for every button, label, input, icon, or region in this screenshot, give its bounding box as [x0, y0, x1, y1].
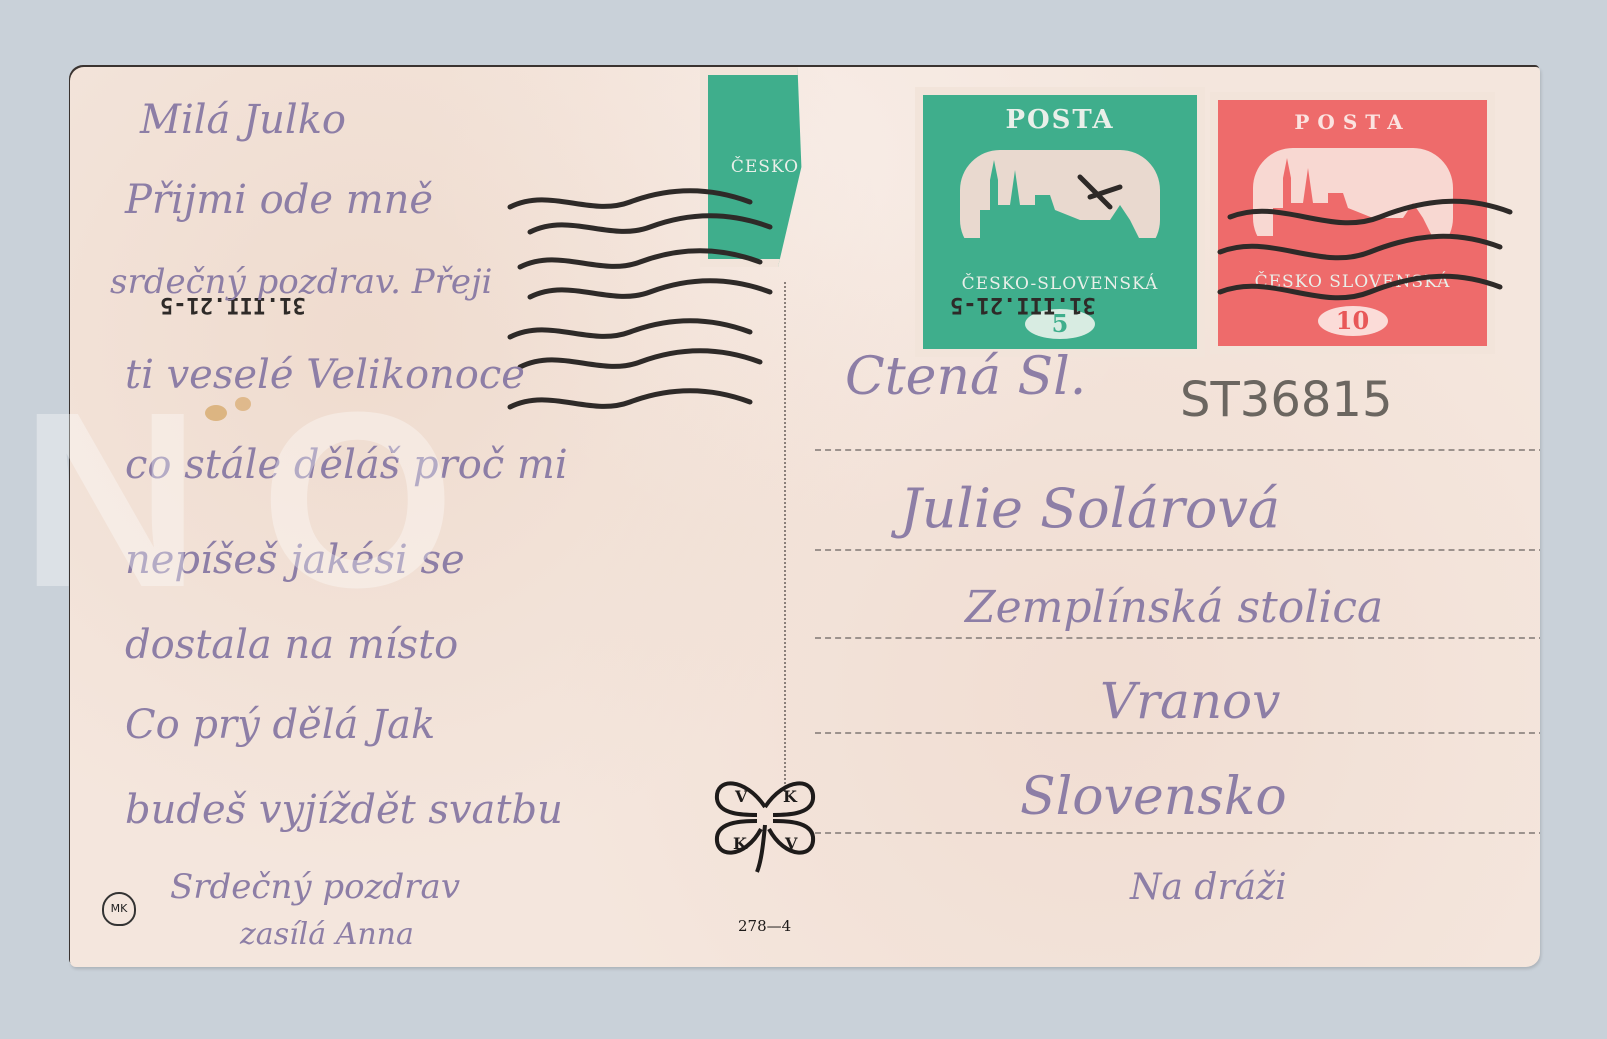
- stamp-posta-text: POSTA: [1294, 110, 1410, 134]
- address-name: Julie Solárová: [900, 477, 1280, 540]
- message-line: dostala na místo: [125, 622, 458, 668]
- stamp-posta-text: POSTA: [1005, 105, 1114, 135]
- svg-text:K: K: [783, 787, 798, 806]
- stain: [205, 405, 227, 421]
- stamp-red-10: POSTA ČESKO SLOVENSKÁ 10: [1210, 92, 1495, 354]
- card-number: 278—4: [738, 917, 791, 935]
- castle-icon: [960, 150, 1160, 260]
- address-line: [815, 449, 1540, 451]
- address-line: [815, 832, 1540, 834]
- address-town: Vranov: [1100, 672, 1280, 730]
- message-line: ti veselé Velikonoce: [125, 352, 525, 398]
- reference-code: ST36815: [1180, 372, 1392, 428]
- message-line: srdečný pozdrav. Přeji: [110, 262, 492, 302]
- delivery-note: Na dráži: [1130, 867, 1287, 908]
- postmark: 31.III.21-5: [950, 292, 1096, 317]
- stamp-country-text: ČESKO SLOVENSKÁ: [1255, 272, 1451, 292]
- stamp-green-partial: ČESKO: [700, 67, 830, 267]
- svg-text:V: V: [734, 787, 748, 806]
- address-line: [815, 732, 1540, 734]
- address-district: Zemplínská stolica: [965, 582, 1383, 633]
- address-line: [815, 549, 1540, 551]
- address-salutation: Ctená Sl.: [845, 347, 1086, 407]
- stamp-value: 10: [1318, 306, 1388, 336]
- postcard: ČESKO POSTA ČESKO-SLOVENSKÁ 5 POSTA ČESK…: [70, 67, 1540, 967]
- svg-text:V: V: [784, 834, 798, 853]
- publisher-logo: MK: [102, 892, 136, 926]
- stamp-country-text: ČESKO: [731, 157, 799, 177]
- castle-icon: [1253, 148, 1453, 258]
- message-address-divider: [784, 282, 786, 792]
- message-line: Přijmi ode mně: [125, 177, 433, 223]
- message-line: budeš vyjíždět svatbu: [125, 787, 563, 833]
- message-line: Co prý dělá Jak: [125, 702, 435, 748]
- message-line: Milá Julko: [140, 97, 346, 143]
- message-line: Srdečný pozdrav: [170, 867, 460, 907]
- message-line: co stále děláš proč mi: [125, 442, 568, 488]
- address-country: Slovensko: [1020, 767, 1287, 827]
- clover-logo-icon: V K K V: [705, 757, 825, 877]
- svg-text:K: K: [733, 834, 748, 853]
- stain: [235, 397, 251, 411]
- message-line: nepíšeš jakési se: [125, 537, 465, 583]
- message-line: zasílá Anna: [240, 917, 414, 952]
- address-line: [815, 637, 1540, 639]
